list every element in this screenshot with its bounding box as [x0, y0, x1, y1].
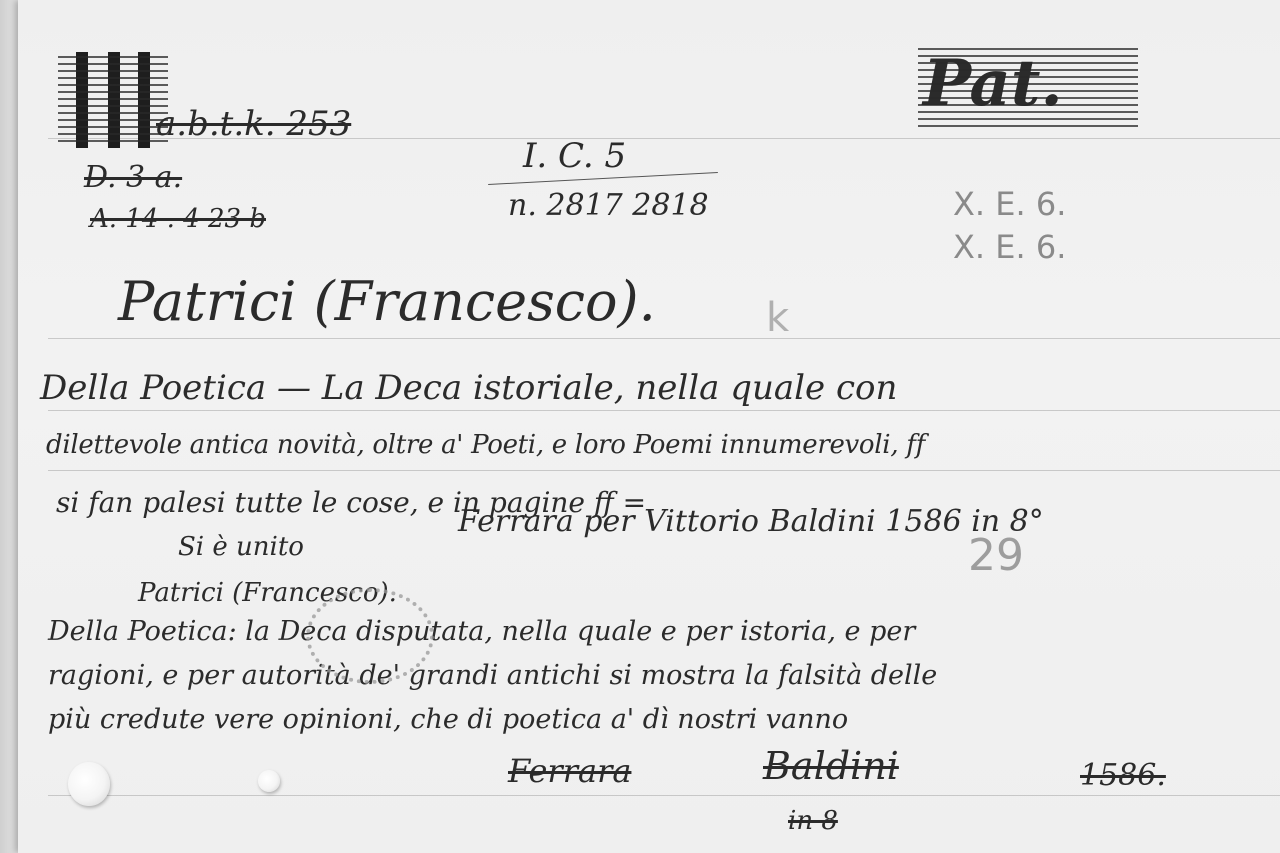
- faint-stamp-circle: [306, 588, 434, 684]
- shelfmark-right-code-2: X. E. 6.: [953, 228, 1066, 266]
- catalog-card: III a.b.t.k. 253 D. 3 a. A. 14 . 4 23 b …: [18, 0, 1280, 853]
- entry-2-struck-place: Ferrara: [508, 752, 631, 790]
- struck-shelfmark-3: A. 14 . 4 23 b: [90, 204, 266, 234]
- ruled-line: [48, 338, 1280, 339]
- entry-1-author: Patrici (Francesco).: [118, 270, 656, 333]
- ruled-line: [48, 470, 1280, 471]
- card-left-edge: [0, 0, 18, 853]
- entry-1-title-line-2: dilettevole antica novità, oltre a' Poet…: [46, 430, 925, 460]
- entry-2-struck-printer: Baldini: [763, 744, 899, 788]
- shelfmark-center-code: I. C. 5: [523, 136, 626, 176]
- struck-shelfmark-2: D. 3 a.: [84, 160, 182, 195]
- entry-2-title-line-3: più credute vere opinioni, che di poetic…: [48, 704, 848, 735]
- shelfmark-right-code-1: X. E. 6.: [953, 185, 1066, 223]
- ruled-line: [48, 410, 1280, 411]
- entry-2-struck-format: in 8: [788, 806, 838, 836]
- entry-2-title-line-1: Della Poetica: la Deca disputata, nella …: [48, 616, 915, 647]
- entry-1-title-line-1: Della Poetica — La Deca istoriale, nella…: [40, 368, 897, 408]
- entry-1-note: Si è unito: [178, 532, 304, 562]
- pencil-mark-k: k: [766, 295, 789, 341]
- punch-hole-large: [68, 762, 110, 806]
- roman-numeral-shelfmark: III: [58, 52, 168, 148]
- entry-1-imprint: Ferrara per Vittorio Baldini 1586 in 8°: [458, 504, 1044, 539]
- shelfmark-number: n. 2817 2818: [508, 188, 709, 223]
- entry-2-struck-year: 1586.: [1080, 758, 1166, 793]
- entry-2-title-line-2: ragioni, e per autorità de' grandi antic…: [48, 660, 937, 691]
- hatch-over-mark: [918, 48, 1138, 128]
- struck-shelfmark-1: a.b.t.k. 253: [156, 104, 351, 144]
- punch-hole-small: [258, 770, 280, 792]
- pencil-number: 29: [968, 530, 1024, 581]
- ruled-line: [48, 795, 1280, 796]
